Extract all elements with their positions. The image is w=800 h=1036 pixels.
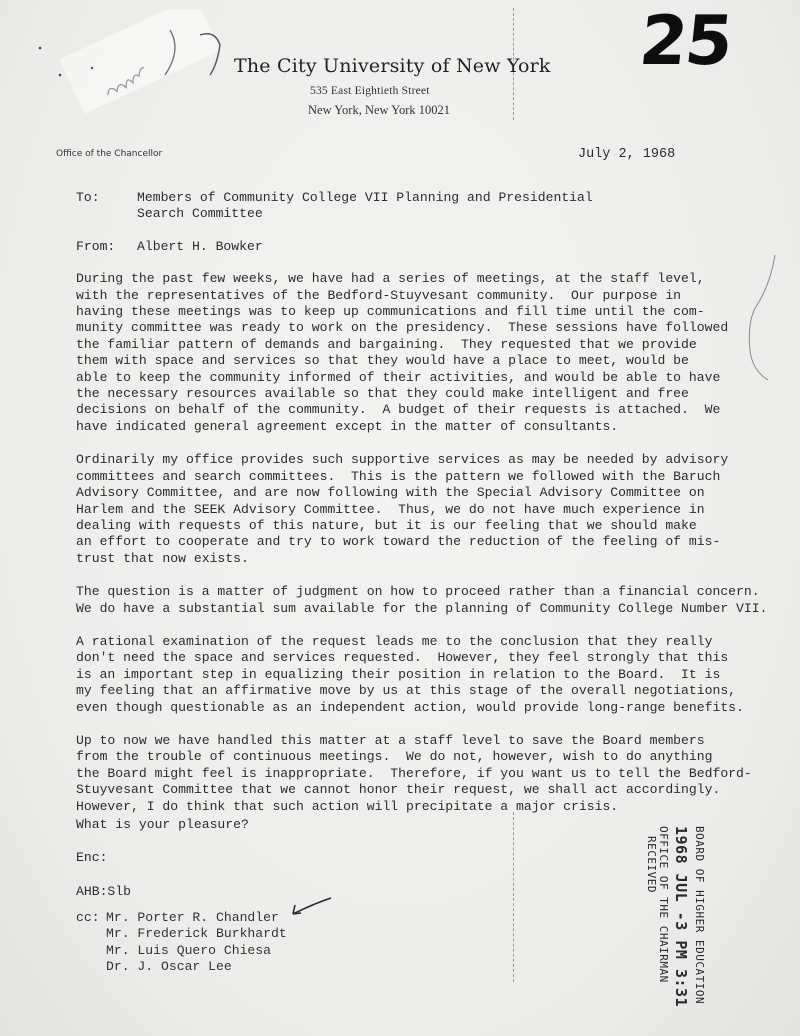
- paragraph-line: Up to now we have handled this matter at…: [76, 733, 796, 749]
- memo-paragraph: Ordinarily my office provides such suppo…: [76, 452, 796, 567]
- cc-recipient: Mr. Porter R. Chandler: [106, 910, 287, 926]
- cc-recipient: Mr. Luis Quero Chiesa: [106, 943, 287, 959]
- paragraph-line: decisions on behalf of the community. A …: [76, 402, 796, 418]
- paragraph-line: even though questionable as an independe…: [76, 700, 796, 716]
- paragraph-line: munity committee was ready to work on th…: [76, 320, 796, 336]
- memo-paragraph: A rational examination of the request le…: [76, 634, 796, 716]
- to-line: Search Committee: [137, 206, 796, 222]
- paragraph-line: is an important step in equalizing their…: [76, 667, 796, 683]
- letter-page: The City University of New York 535 East…: [0, 0, 800, 1036]
- paragraph-line: committees and search committees. This i…: [76, 469, 796, 485]
- closing-block: What is your pleasure? Enc: AHB:Slb: [76, 817, 249, 900]
- paragraph-line: with the representatives of the Bedford-…: [76, 288, 796, 304]
- cc-list: cc: Mr. Porter R. Chandler Mr. Frederick…: [76, 910, 287, 976]
- paragraph-line: from the trouble of continuous meetings.…: [76, 749, 796, 765]
- handwritten-mark-icon: [30, 10, 240, 120]
- paragraph-line: Stuyvesant Committee that we cannot hono…: [76, 782, 796, 798]
- letter-date: July 2, 1968: [578, 147, 675, 162]
- paragraph-line: able to keep the community informed of t…: [76, 370, 796, 386]
- paragraph-line: A rational examination of the request le…: [76, 634, 796, 650]
- enclosure-note: Enc:: [76, 850, 249, 866]
- letterhead-address-city: New York, New York 10021: [308, 103, 450, 118]
- paragraph-line: However, I do think that such action wil…: [76, 799, 796, 815]
- to-label: To:: [76, 190, 137, 223]
- cc-recipient: Dr. J. Oscar Lee: [106, 959, 287, 975]
- page-number-annotation: 25: [636, 8, 734, 76]
- cc-label: cc:: [76, 910, 106, 976]
- paragraph-line: Advisory Committee, and are now followin…: [76, 485, 796, 501]
- letterhead-address-street: 535 East Eightieth Street: [310, 85, 430, 97]
- from-label: From:: [76, 239, 137, 255]
- paragraph-line: the necessary resources available so tha…: [76, 386, 796, 402]
- paragraph-line: them with space and services so that the…: [76, 353, 796, 369]
- paragraph-line: Harlem and the SEEK Advisory Committee. …: [76, 502, 796, 518]
- paragraph-line: dealing with requests of this nature, bu…: [76, 518, 796, 534]
- memo-paragraph: Up to now we have handled this matter at…: [76, 733, 796, 815]
- memo-paragraph: The question is a matter of judgment on …: [76, 584, 796, 617]
- paragraph-line: the Board might feel is inappropriate. T…: [76, 766, 796, 782]
- paragraph-line: During the past few weeks, we have had a…: [76, 271, 796, 287]
- closing-question: What is your pleasure?: [76, 817, 249, 833]
- from-field: From: Albert H. Bowker: [76, 239, 796, 255]
- paragraph-line: don't need the space and services reques…: [76, 650, 796, 666]
- to-line: Members of Community College VII Plannin…: [137, 190, 796, 206]
- paragraph-line: my feeling that an affirmative move by u…: [76, 683, 796, 699]
- typist-initials: AHB:Slb: [76, 884, 249, 900]
- letterhead-institution: The City University of New York: [234, 55, 551, 77]
- office-label: Office of the Chancellor: [56, 149, 162, 159]
- paragraph-line: Ordinarily my office provides such suppo…: [76, 452, 796, 468]
- to-field: To: Members of Community College VII Pla…: [76, 190, 796, 223]
- from-value: Albert H. Bowker: [137, 239, 796, 255]
- memo-body: To: Members of Community College VII Pla…: [76, 190, 796, 815]
- paragraph-line: We do have a substantial sum available f…: [76, 601, 796, 617]
- paragraph-line: the familiar pattern of demands and barg…: [76, 337, 796, 353]
- fold-line: [513, 812, 514, 982]
- handwritten-check-arrow-icon: [287, 896, 335, 920]
- paragraph-line: trust that now exists.: [76, 551, 796, 567]
- paragraph-line: having these meetings was to keep up com…: [76, 304, 796, 320]
- memo-paragraphs: During the past few weeks, we have had a…: [76, 271, 796, 815]
- stamp-org: BOARD OF HIGHER EDUCATION: [690, 826, 708, 1007]
- paragraph-line: have indicated general agreement except …: [76, 419, 796, 435]
- paragraph-line: The question is a matter of judgment on …: [76, 584, 796, 600]
- cc-recipient: Mr. Frederick Burkhardt: [106, 926, 287, 942]
- stamp-datetime: 1968 JUL -3 PM 3:31: [672, 826, 690, 1007]
- paragraph-line: an effort to cooperate and try to work t…: [76, 534, 796, 550]
- received-stamp: BOARD OF HIGHER EDUCATION 1968 JUL -3 PM…: [642, 826, 708, 1007]
- memo-paragraph: During the past few weeks, we have had a…: [76, 271, 796, 435]
